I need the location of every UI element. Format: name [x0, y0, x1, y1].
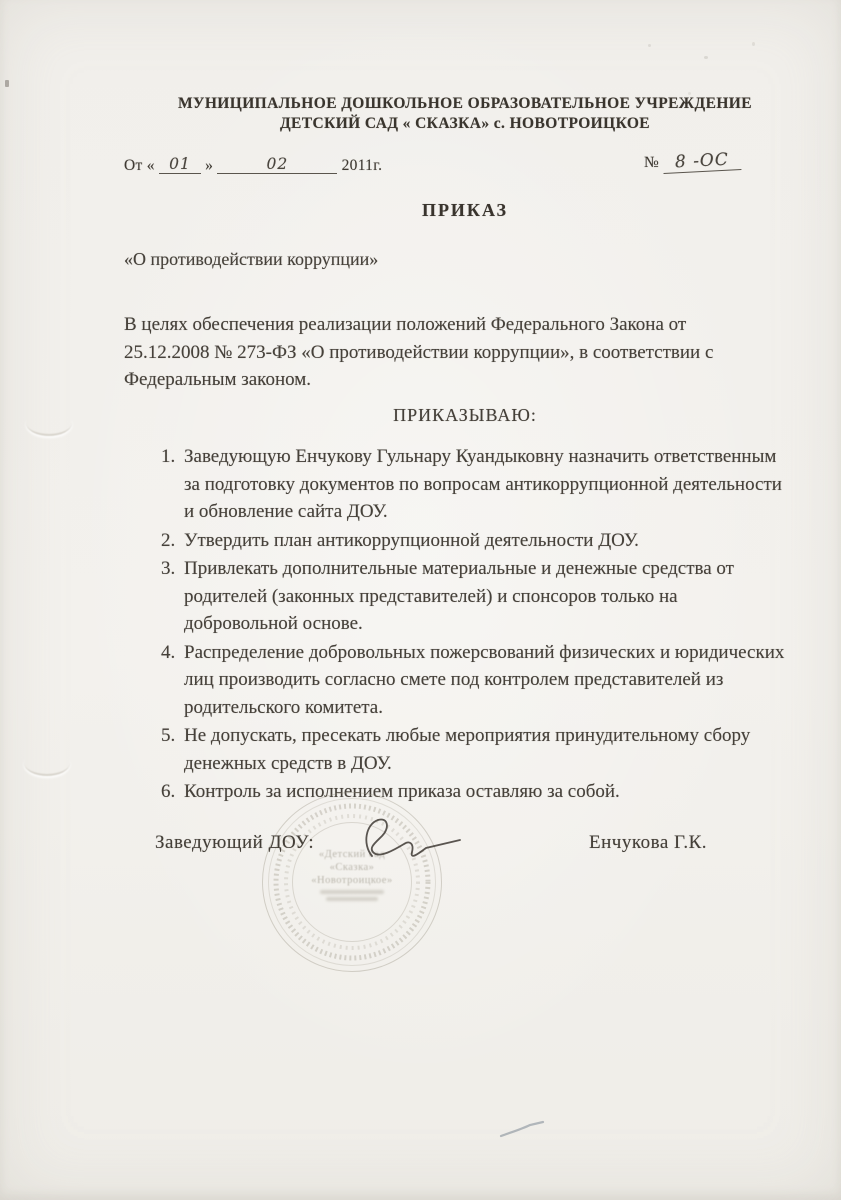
date-year: 2011г. — [342, 157, 383, 174]
signature-role-label: Заведующий ДОУ: — [155, 832, 314, 854]
scan-noise-dot — [752, 42, 755, 46]
order-items-list: Заведующую Енчукову Гульнару Куандыковну… — [124, 443, 792, 807]
scanned-order-document: МУНИЦИПАЛЬНОЕ ДОШКОЛЬНОЕ ОБРАЗОВАТЕЛЬНОЕ… — [0, 0, 841, 1200]
org-name-line2: ДЕТСКИЙ САД « СКАЗКА» с. НОВОТРОИЦКОЕ — [89, 114, 841, 134]
org-header: МУНИЦИПАЛЬНОЕ ДОШКОЛЬНОЕ ОБРАЗОВАТЕЛЬНОЕ… — [89, 94, 841, 134]
org-name-line1: МУНИЦИПАЛЬНОЕ ДОШКОЛЬНОЕ ОБРАЗОВАТЕЛЬНОЕ… — [89, 94, 841, 114]
stamp-blur-line — [320, 890, 384, 894]
order-item-4: Распределение добровольных пожерсвований… — [180, 639, 792, 722]
number-label: № — [644, 154, 659, 171]
order-number-line: № 8 -ОС — [644, 152, 741, 173]
order-item-6: Контроль за исполнением приказа оставляю… — [180, 778, 792, 806]
document-title: ПРИКАЗ — [89, 200, 841, 221]
signature-name: Енчукова Г.К. — [589, 832, 707, 854]
scan-noise-dot — [704, 56, 708, 59]
hole-punch-mark-bottom — [24, 750, 70, 776]
order-item-1: Заведующую Енчукову Гульнару Куандыковну… — [180, 443, 792, 526]
date-close-quote: » — [205, 157, 213, 174]
pen-check-mark — [498, 1120, 546, 1140]
date-day-handwritten: 01 — [159, 155, 201, 174]
date-prefix: От « — [124, 157, 155, 174]
stamp-blur-line — [326, 897, 378, 901]
date-month-handwritten: 02 — [217, 155, 337, 174]
number-value-handwritten: 8 -ОС — [662, 149, 741, 174]
scan-noise-dot — [688, 92, 691, 95]
preamble-paragraph: В целях обеспечения реализации положений… — [124, 311, 772, 394]
scan-noise-dot — [648, 44, 651, 47]
stamp-line-3: «Новотроицкое» — [262, 874, 442, 887]
scan-artifact-speck — [5, 80, 9, 87]
order-item-3: Привлекать дополнительные материальные и… — [180, 555, 792, 638]
order-subject: «О противодействии коррупции» — [124, 249, 378, 270]
signature-scribble — [348, 810, 488, 874]
hole-punch-mark-top — [26, 410, 72, 436]
order-heading: ПРИКАЗЫВАЮ: — [89, 405, 841, 426]
date-line: От « 01 » 02 2011г. — [124, 156, 382, 175]
order-item-5: Не допускать, пресекать любые мероприяти… — [180, 722, 792, 777]
order-item-2: Утвердить план антикоррупционной деятель… — [180, 527, 792, 555]
